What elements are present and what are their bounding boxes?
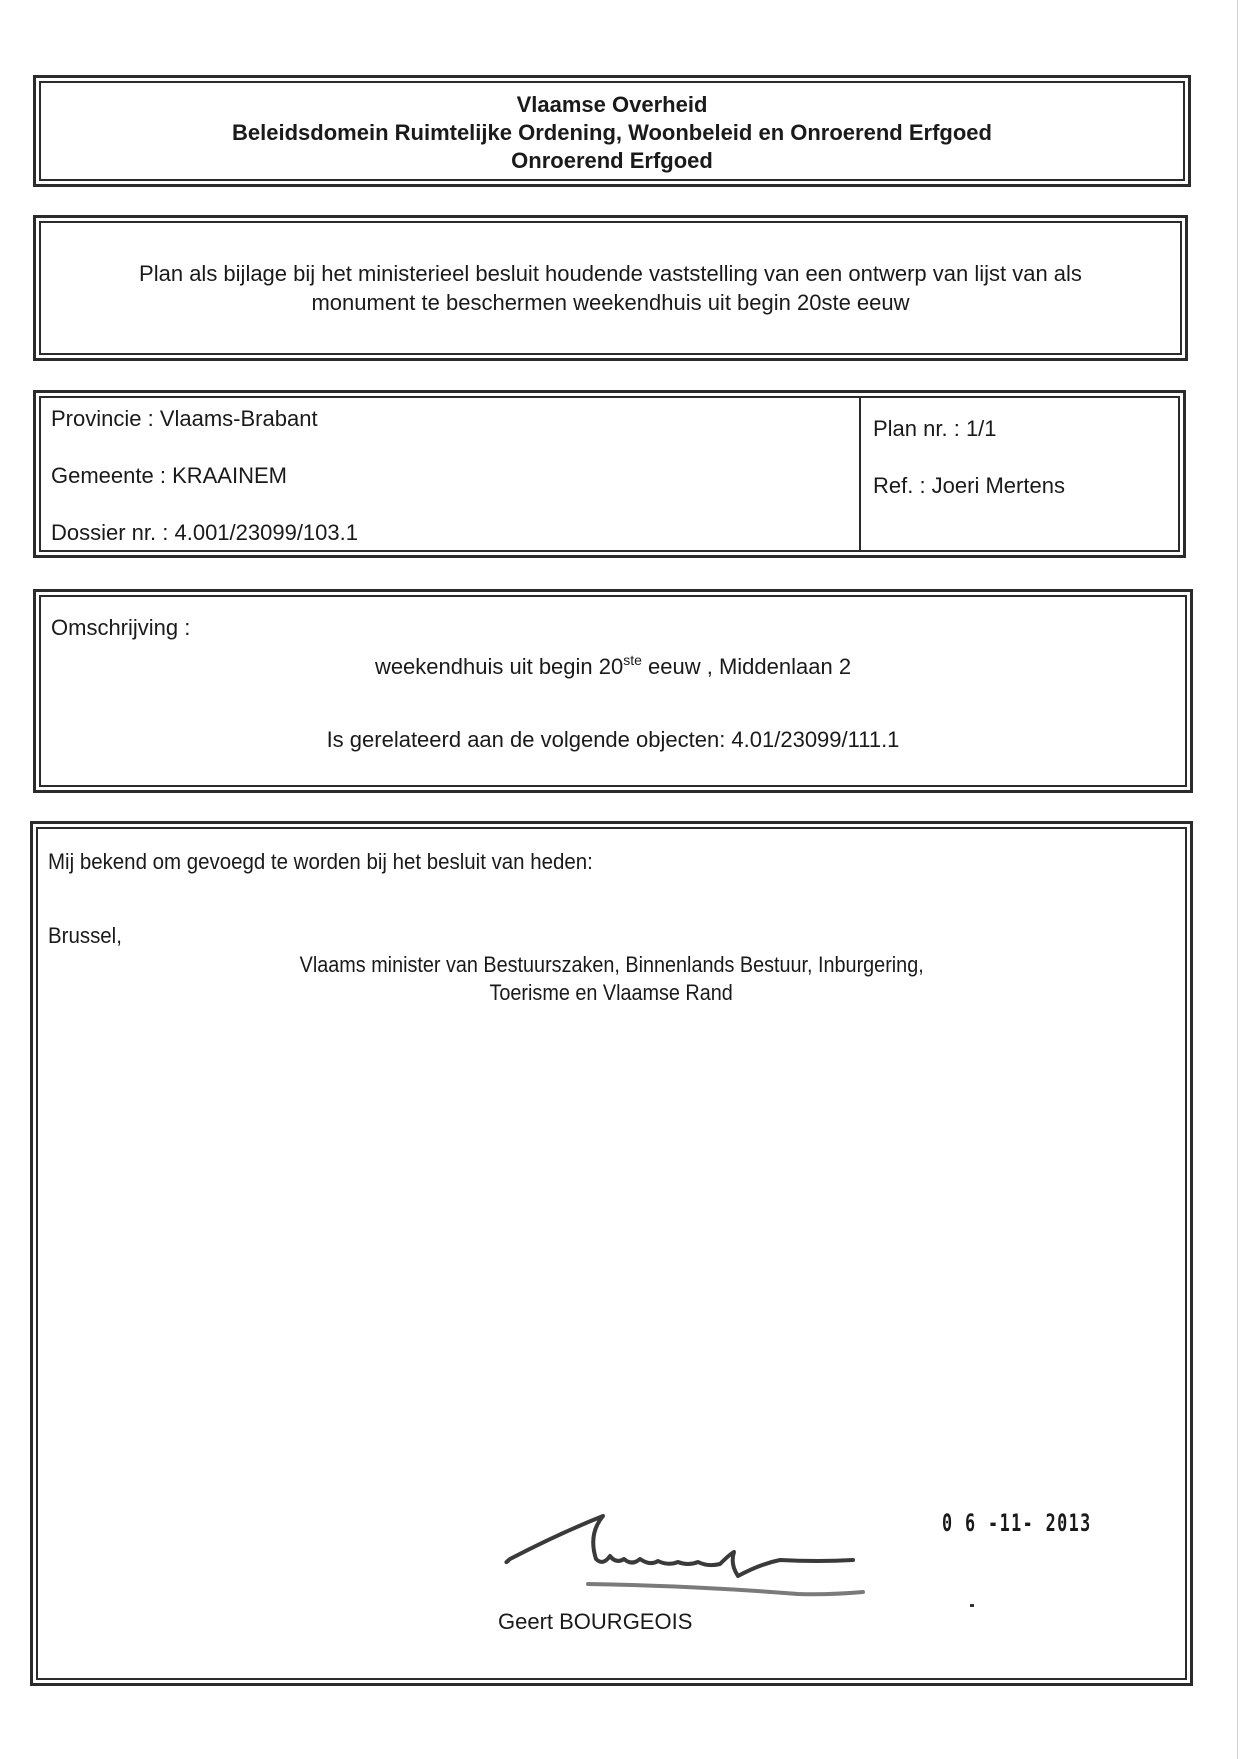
dossier-number-field: Dossier nr. : 4.001/23099/103.1 <box>51 520 859 577</box>
minister-title-line-2: Toerisme en Vlaamse Rand <box>490 979 733 1007</box>
title-box: Plan als bijlage bij het ministerieel be… <box>33 215 1188 361</box>
signature-city: Brussel, <box>48 923 122 949</box>
signature-intro: Mij bekend om gevoegd te worden bij het … <box>48 849 593 875</box>
signatory-name: Geert BOURGEOIS <box>498 1609 692 1635</box>
title-line-2: monument te beschermen weekendhuis uit b… <box>61 288 1160 317</box>
handwritten-signature-icon <box>498 1504 918 1604</box>
description-label: Omschrijving : <box>51 615 190 641</box>
stamp-mark <box>970 1604 974 1607</box>
gemeente-field: Gemeente : KRAAINEM <box>51 463 859 520</box>
related-objects: Is gerelateerd aan de volgende objecten:… <box>41 727 1185 753</box>
title-line-1: Plan als bijlage bij het ministerieel be… <box>61 259 1160 288</box>
header-box: Vlaamse Overheid Beleidsdomein Ruimtelij… <box>33 75 1191 187</box>
date-stamp: 0 6 -11- 2013 <box>942 1509 1092 1537</box>
description-box: Omschrijving : weekendhuis uit begin 20s… <box>33 589 1193 793</box>
info-right-column: Plan nr. : 1/1 Ref. : Joeri Mertens <box>861 398 1178 550</box>
signature-box: Mij bekend om gevoegd te worden bij het … <box>30 821 1193 1686</box>
header-organization: Vlaamse Overheid <box>41 91 1183 119</box>
description-superscript: ste <box>623 652 642 668</box>
header-policy-domain: Beleidsdomein Ruimtelijke Ordening, Woon… <box>41 119 1183 147</box>
minister-title: Vlaams minister van Bestuurszaken, Binne… <box>38 951 1185 1007</box>
info-left-column: Provincie : Vlaams-Brabant Gemeente : KR… <box>41 398 861 550</box>
reference-field: Ref. : Joeri Mertens <box>873 473 1178 530</box>
description-object: weekendhuis uit begin 20ste eeuw , Midde… <box>41 654 1185 680</box>
scan-page-edge <box>1237 0 1238 1759</box>
description-object-text: weekendhuis uit begin 20 <box>375 654 623 679</box>
provincie-field: Provincie : Vlaams-Brabant <box>51 406 859 463</box>
description-address: eeuw , Middenlaan 2 <box>642 654 851 679</box>
info-box: Provincie : Vlaams-Brabant Gemeente : KR… <box>33 390 1186 558</box>
header-agency: Onroerend Erfgoed <box>41 147 1183 175</box>
minister-title-line-1: Vlaams minister van Bestuurszaken, Binne… <box>299 951 923 979</box>
plan-number-field: Plan nr. : 1/1 <box>873 416 1178 473</box>
